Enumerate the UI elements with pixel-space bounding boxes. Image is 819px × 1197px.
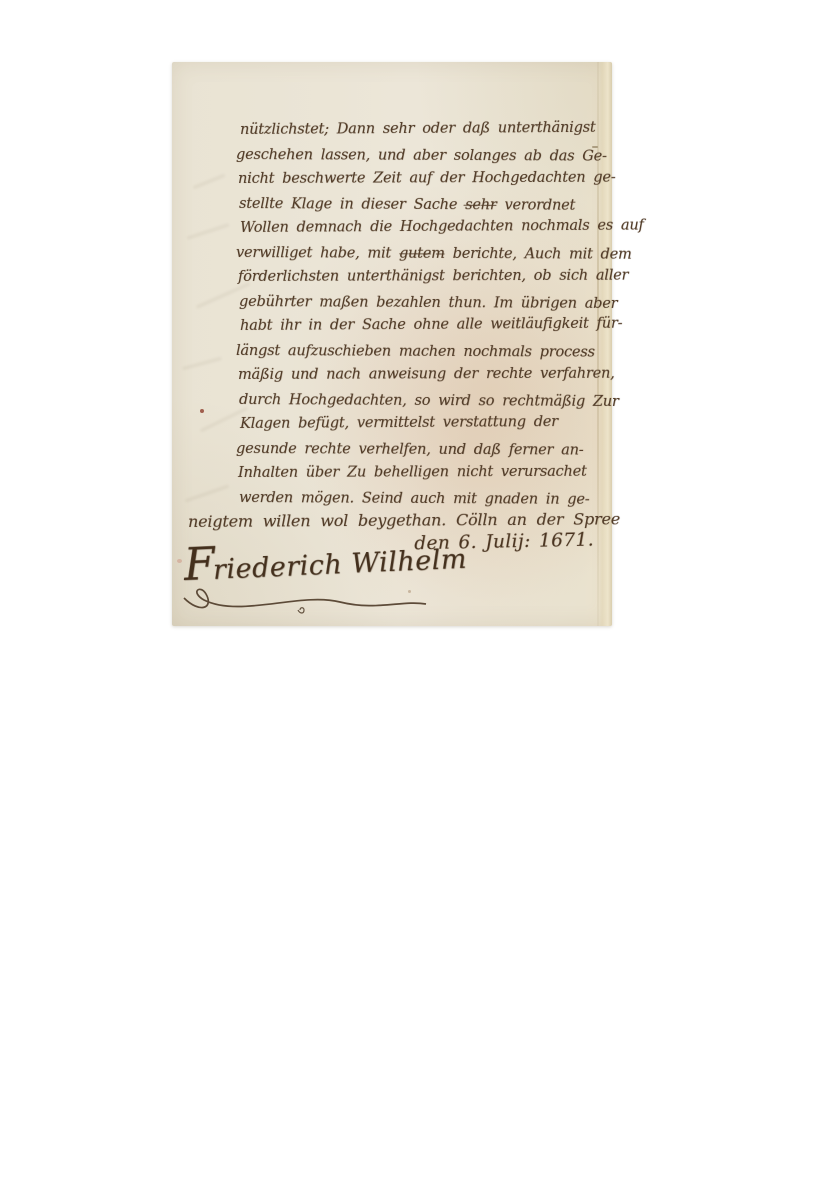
letter-line: nicht beschwerte Zeit auf der Hochgedach… — [238, 166, 598, 192]
letter-line: nützlichstet; Dann sehr oder daß unterth… — [240, 116, 598, 143]
signature-block: Friederich Wilhelm — [184, 548, 444, 618]
ink-speck — [177, 559, 182, 563]
letter-body: nützlichstet; Dann sehr oder daß unterth… — [238, 118, 598, 561]
letter-line: mäßig und nach anweisung der rechte verf… — [238, 362, 598, 388]
letter-line: Inhalten über Zu behelligen nicht verurs… — [238, 460, 598, 486]
letter-line: Wollen demnach die Hochgedachten nochmal… — [240, 214, 598, 241]
letter-line: Klagen befügt, vermittelst verstattung d… — [240, 410, 598, 437]
signature: Friederich Wilhelm — [183, 537, 445, 589]
letter-line: gesunde rechte verhelfen, und daß ferner… — [236, 437, 598, 463]
letter-line: geschehen lassen, und aber solanges ab d… — [236, 143, 598, 169]
letter-line: verwilliget habe, mit g̶u̶t̶e̶m̶ bericht… — [236, 241, 598, 267]
scan-background: nützlichstet; Dann sehr oder daß unterth… — [0, 0, 819, 1197]
letter-line: habt ihr in der Sache ohne alle weitläuf… — [240, 312, 598, 339]
ink-showthrough-mark — [193, 174, 226, 190]
folded-paper-edge — [598, 62, 612, 626]
ink-speck — [200, 409, 204, 413]
ink-showthrough-mark — [185, 485, 229, 503]
letter-line: förderlichsten unterthänigst berichten, … — [238, 264, 598, 290]
manuscript-page: nützlichstet; Dann sehr oder daß unterth… — [172, 62, 612, 626]
ink-showthrough-mark — [182, 357, 221, 370]
letter-line: längst aufzuschieben machen nochmals pro… — [236, 339, 598, 365]
ink-showthrough-mark — [187, 223, 230, 239]
